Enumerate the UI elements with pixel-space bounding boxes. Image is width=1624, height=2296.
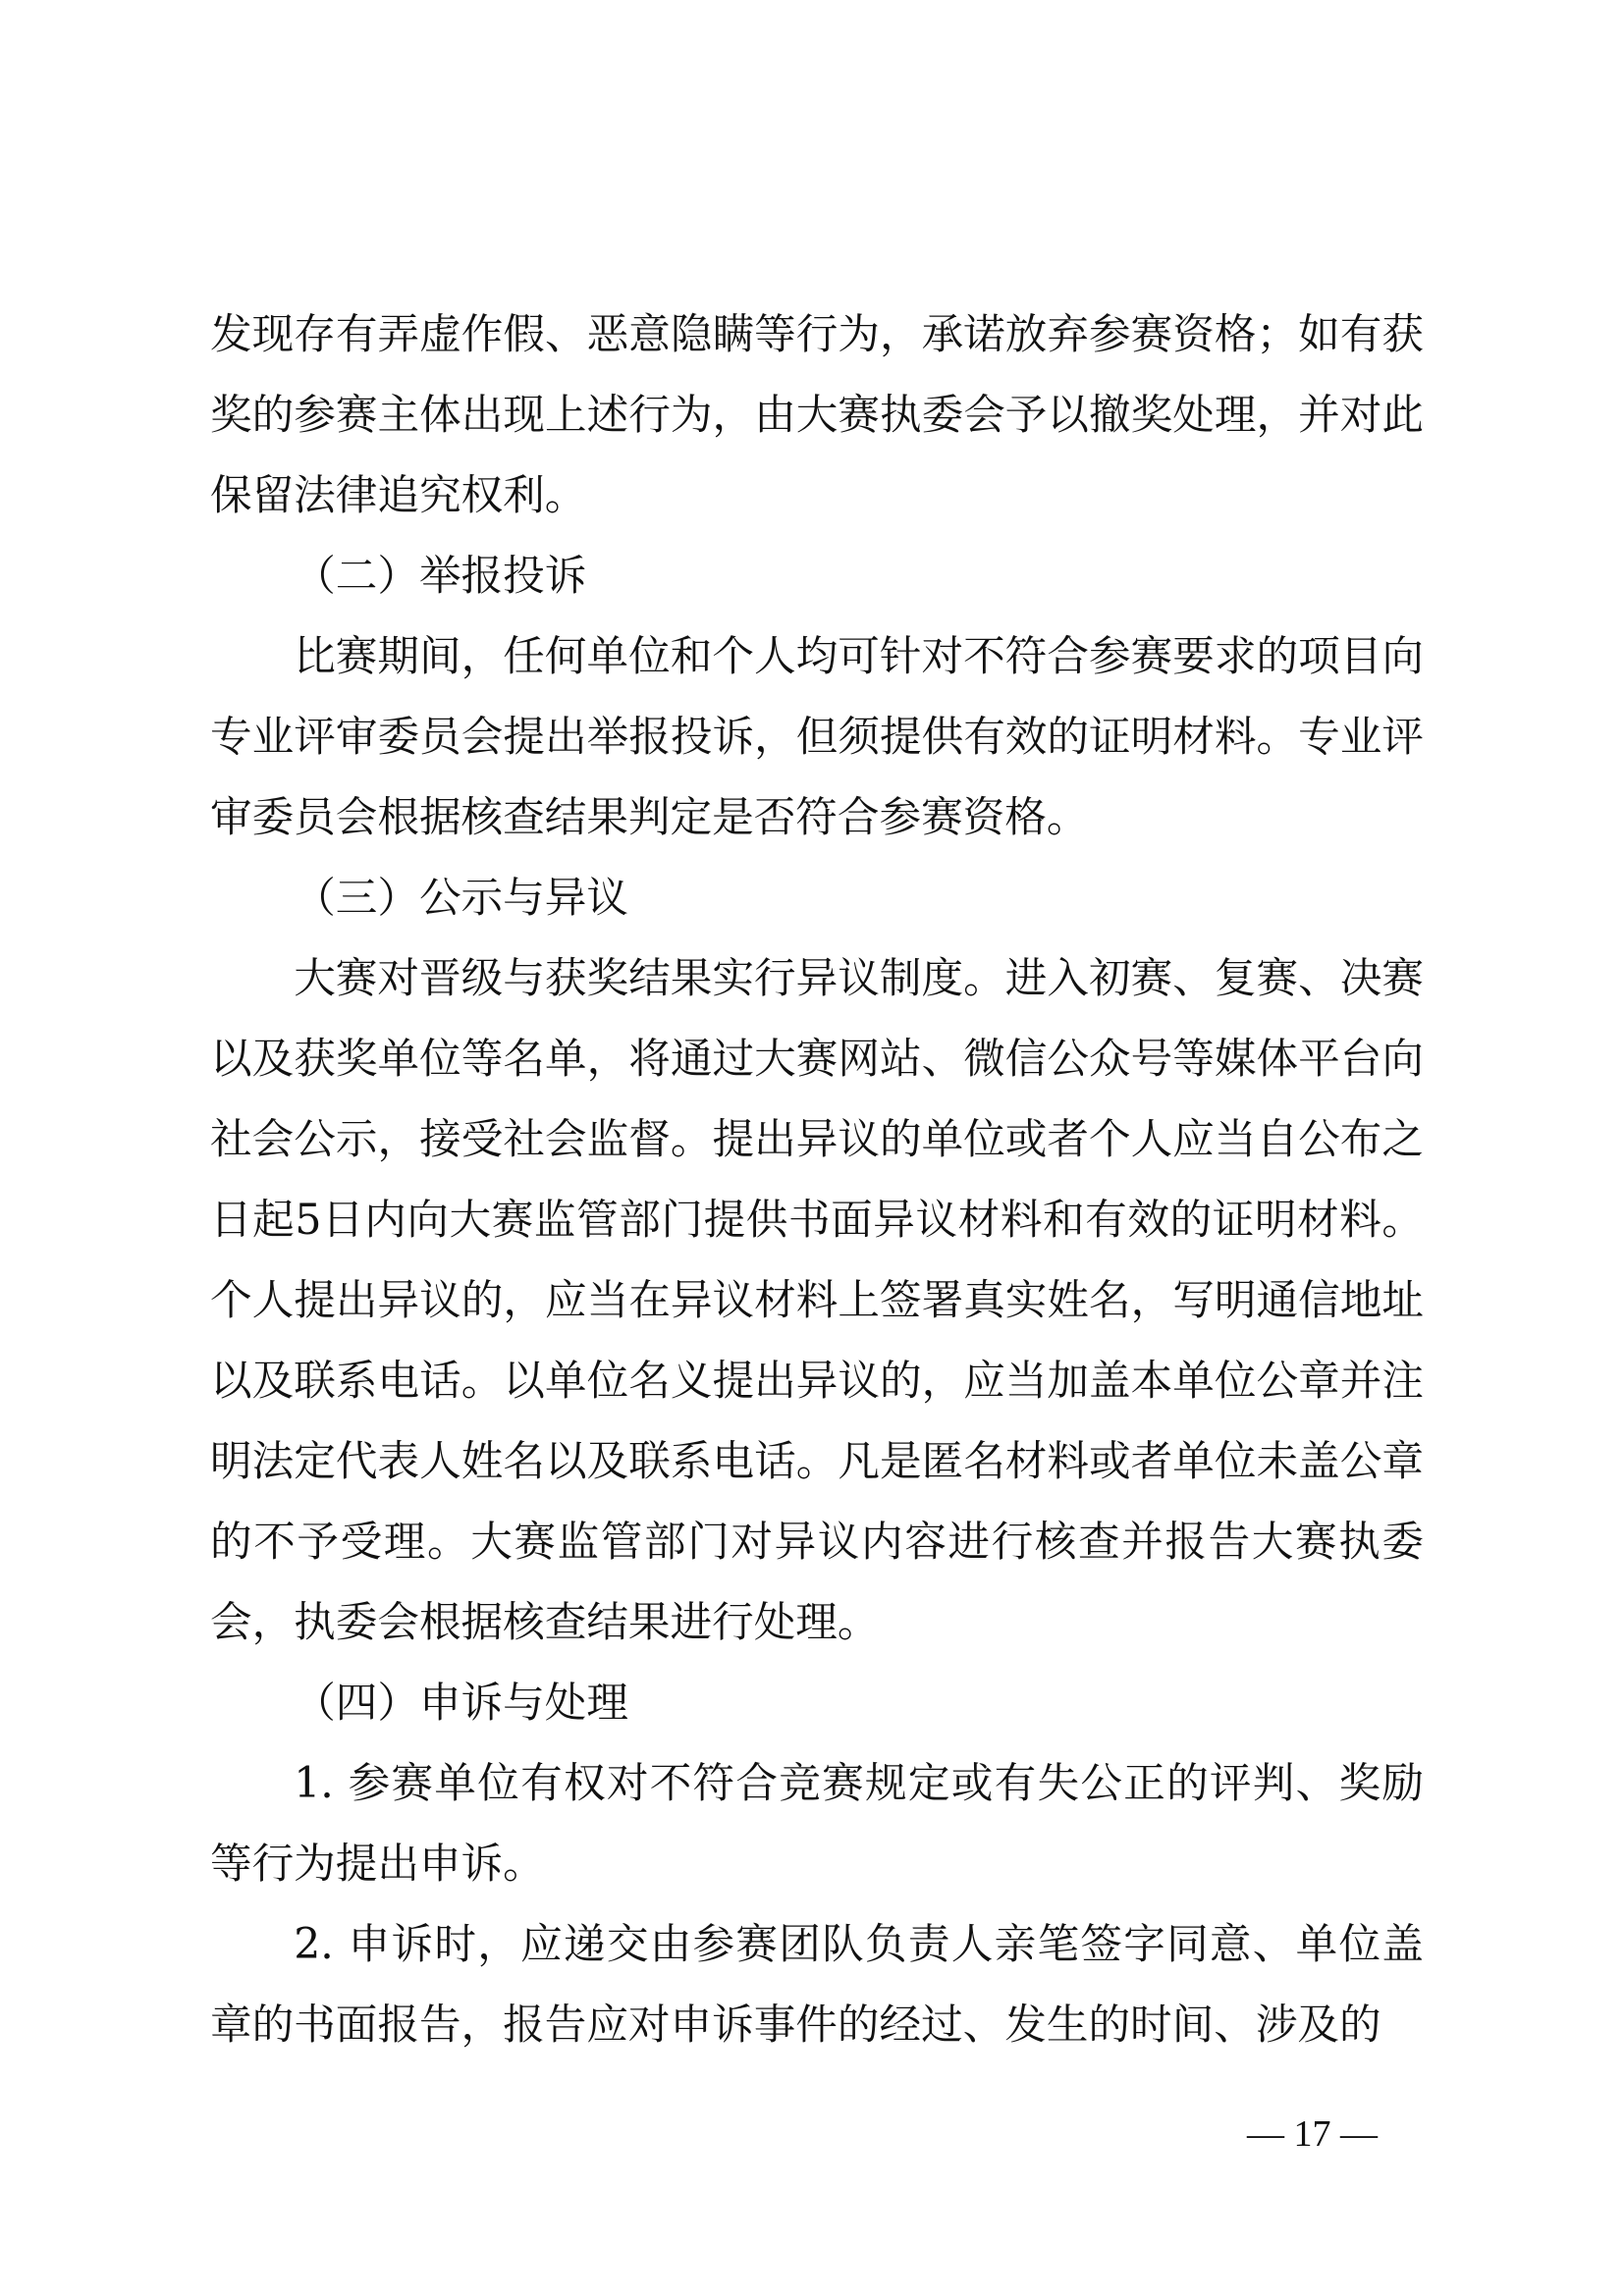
section-heading-publicity-objection: （三）公示与异议: [210, 858, 1424, 938]
paragraph-report-complaint: 比赛期间，任何单位和个人均可针对不符合参赛要求的项目向专业评审委员会提出举报投诉…: [210, 616, 1424, 858]
paragraph-continuation: 发现存有弄虚作假、恶意隐瞒等行为，承诺放弃参赛资格；如有获奖的参赛主体出现上述行…: [210, 294, 1424, 536]
paragraph-appeal-item-2: 2. 申诉时，应递交由参赛团队负责人亲笔签字同意、单位盖章的书面报告，报告应对申…: [210, 1904, 1424, 2065]
page-number: — 17 —: [1247, 2110, 1378, 2158]
section-heading-appeal-handling: （四）申诉与处理: [210, 1663, 1424, 1743]
document-page: 发现存有弄虚作假、恶意隐瞒等行为，承诺放弃参赛资格；如有获奖的参赛主体出现上述行…: [210, 294, 1424, 2065]
paragraph-appeal-item-1: 1. 参赛单位有权对不符合竞赛规定或有失公正的评判、奖励等行为提出申诉。: [210, 1743, 1424, 1904]
section-heading-report-complaint: （二）举报投诉: [210, 536, 1424, 616]
paragraph-publicity-objection: 大赛对晋级与获奖结果实行异议制度。进入初赛、复赛、决赛以及获奖单位等名单，将通过…: [210, 938, 1424, 1663]
